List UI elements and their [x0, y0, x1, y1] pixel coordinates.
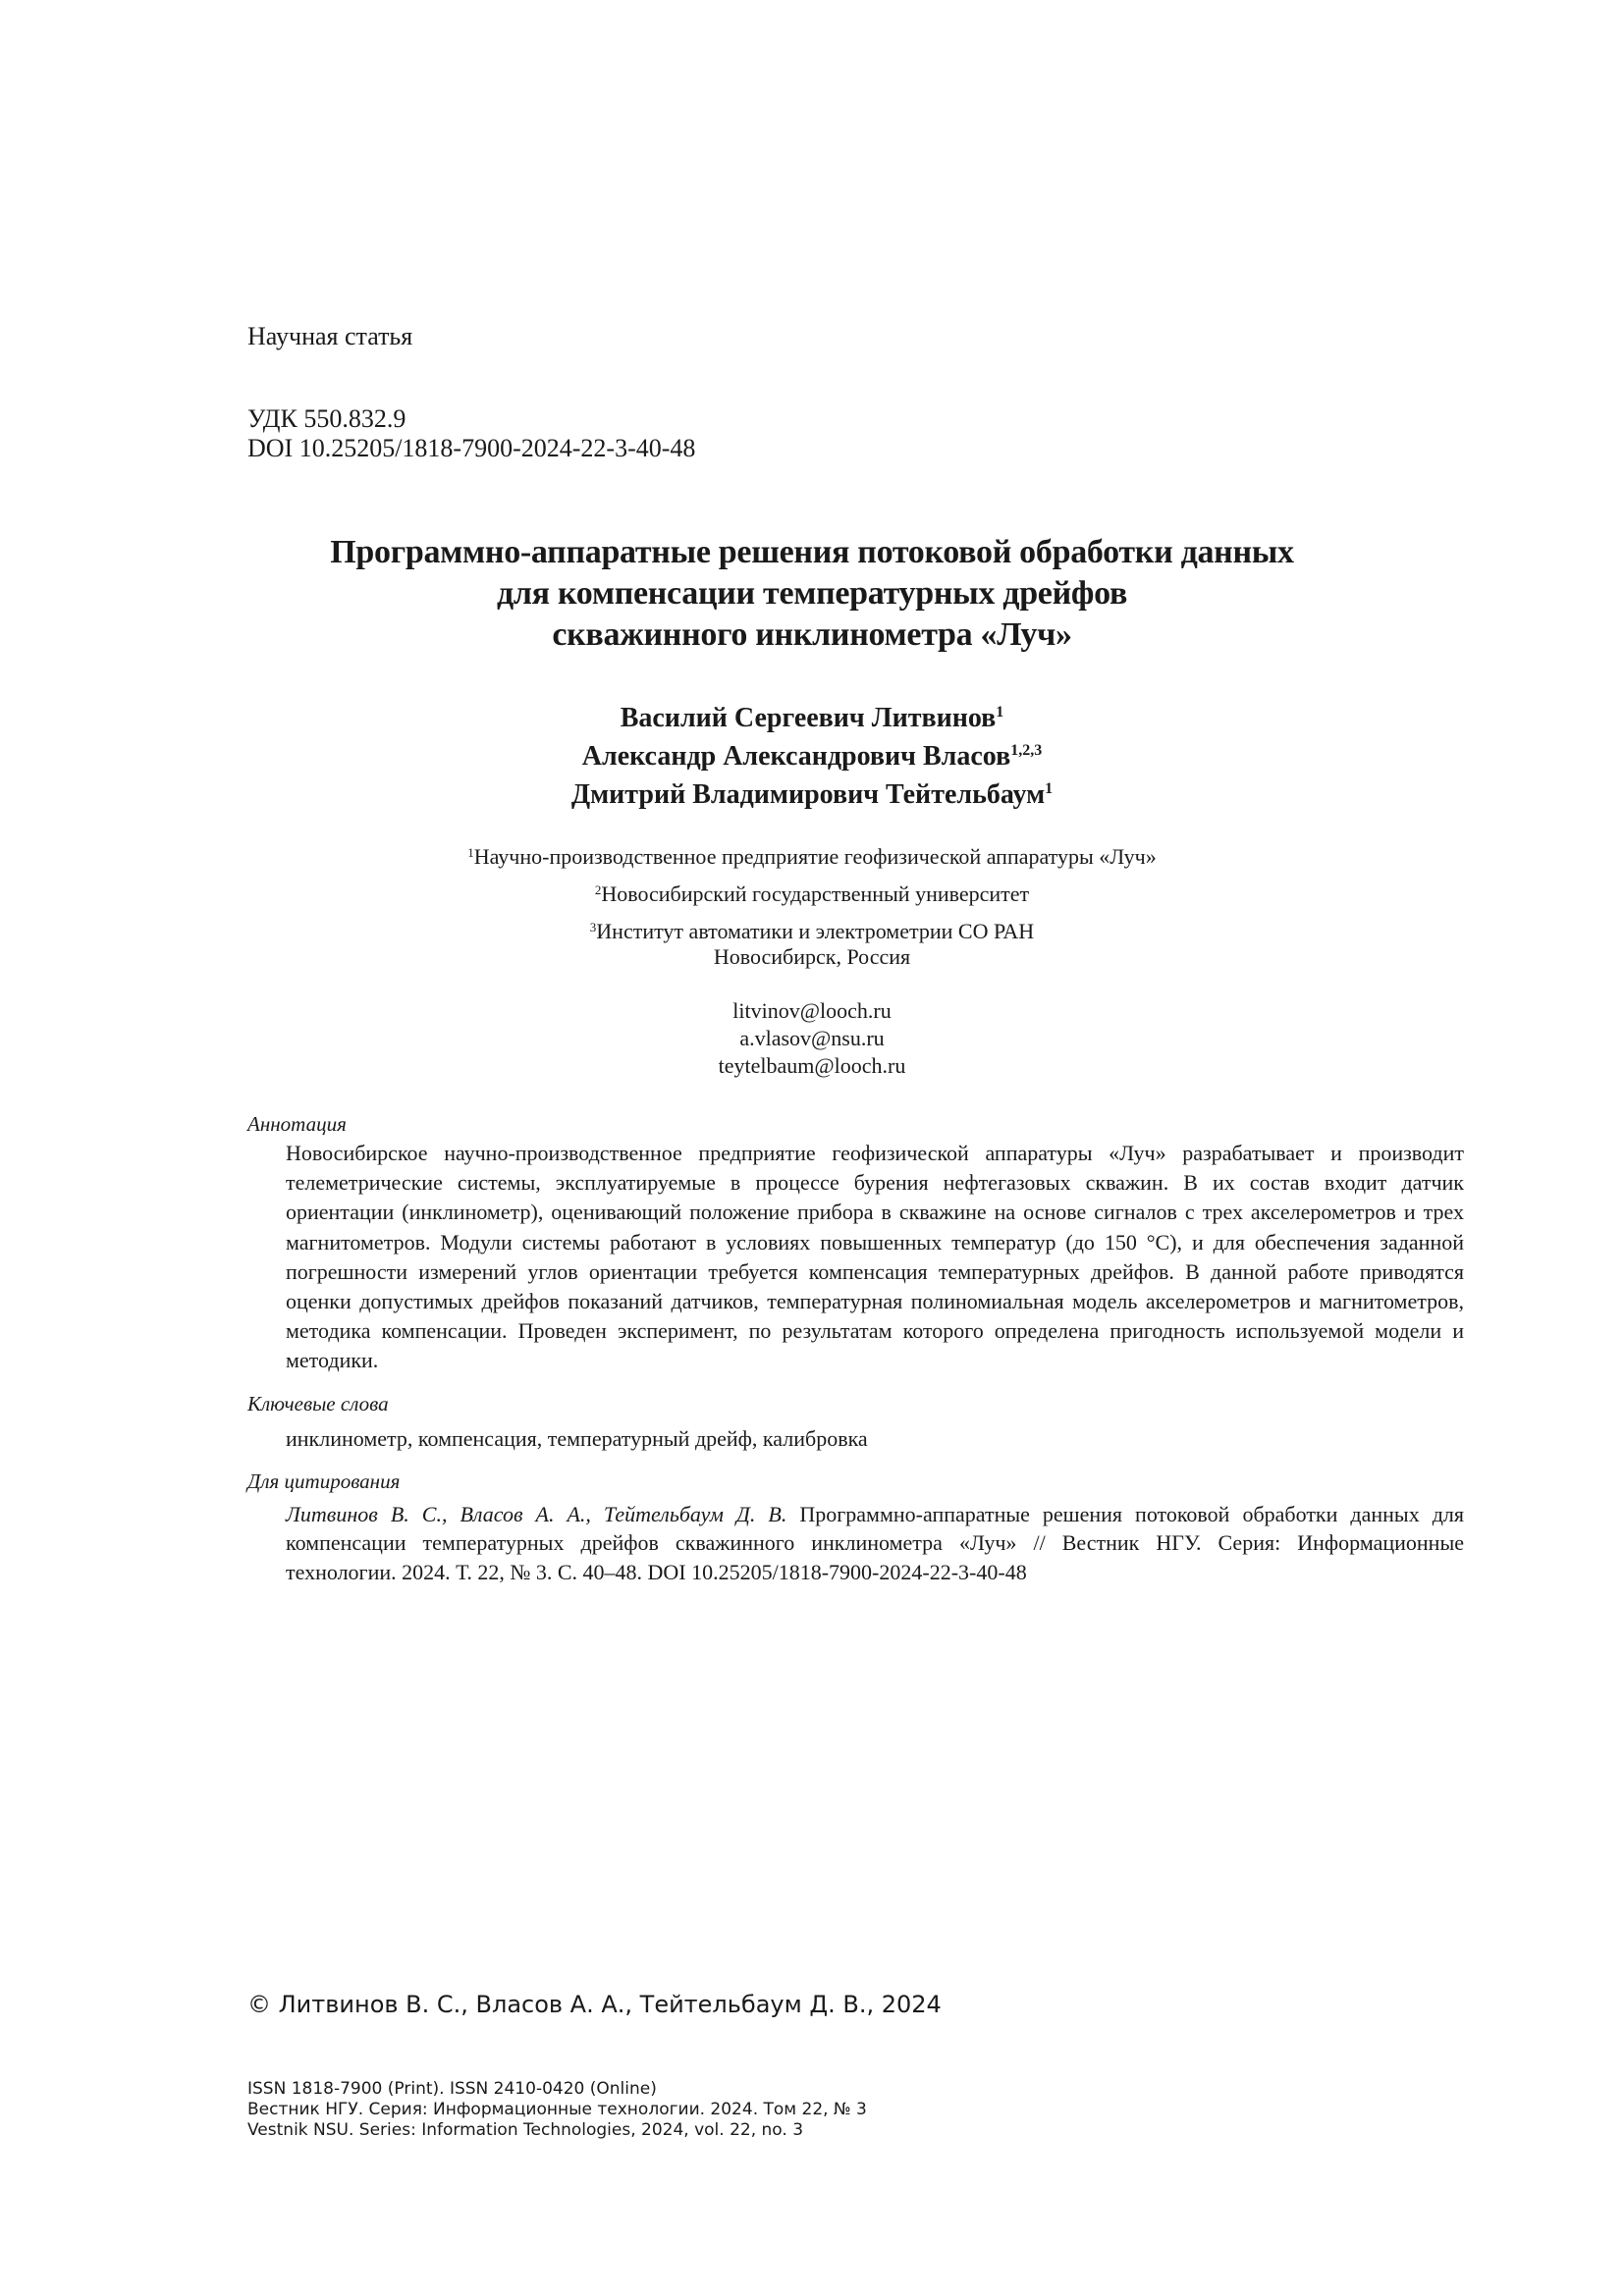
citation-label: Для цитирования: [247, 1469, 400, 1494]
email-link[interactable]: litvinov@looch.ru: [196, 997, 1428, 1025]
author-affiliation-marks: 1,2,3: [1010, 742, 1042, 759]
location: Новосибирск, Россия: [196, 944, 1428, 970]
emails: litvinov@looch.ru a.vlasov@nsu.ru teytel…: [196, 997, 1428, 1080]
abstract-text: Новосибирское научно-производственное пр…: [286, 1139, 1464, 1376]
udc-code: УДК 550.832.9: [247, 404, 406, 434]
journal-info-ru: Вестник НГУ. Серия: Информационные техно…: [247, 2100, 867, 2120]
title-line: Программно-аппаратные решения потоковой …: [196, 532, 1428, 573]
title-line: скважинного инклинометра «Луч»: [196, 614, 1428, 656]
author: Дмитрий Владимирович Тейтельбаум1: [196, 775, 1428, 814]
affiliation: 2Новосибирский государственный университ…: [196, 881, 1428, 907]
journal-info-en: Vestnik NSU. Series: Information Technol…: [247, 2120, 867, 2141]
author: Василий Сергеевич Литвинов1: [196, 699, 1428, 737]
author-affiliation-marks: 1: [1045, 780, 1053, 797]
author: Александр Александрович Власов1,2,3: [196, 737, 1428, 775]
email-link[interactable]: teytelbaum@looch.ru: [196, 1052, 1428, 1080]
abstract-label: Аннотация: [247, 1112, 347, 1137]
journal-footer: ISSN 1818-7900 (Print). ISSN 2410-0420 (…: [247, 2079, 867, 2141]
article-type: Научная статья: [247, 322, 412, 351]
article-title: Программно-аппаратные решения потоковой …: [196, 532, 1428, 656]
email-link[interactable]: a.vlasov@nsu.ru: [196, 1025, 1428, 1052]
title-line: для компенсации температурных дрейфов: [196, 573, 1428, 614]
author-name: Дмитрий Владимирович Тейтельбаум: [571, 779, 1045, 810]
affiliation: 3Институт автоматики и электрометрии СО …: [196, 919, 1428, 944]
author-name: Василий Сергеевич Литвинов: [621, 703, 997, 733]
affiliation-text: Новосибирский государственный университе…: [601, 881, 1029, 906]
author-affiliation-marks: 1: [996, 704, 1003, 721]
keywords-text: инклинометр, компенсация, температурный …: [286, 1424, 1464, 1454]
citation-authors: Литвинов В. С., Власов А. А., Тейтельбау…: [286, 1502, 786, 1526]
affiliation-text: Институт автоматики и электрометрии СО Р…: [596, 919, 1034, 943]
author-name: Александр Александрович Власов: [582, 741, 1010, 772]
affiliation-text: Научно-производственное предприятие геоф…: [474, 844, 1157, 869]
issn: ISSN 1818-7900 (Print). ISSN 2410-0420 (…: [247, 2079, 867, 2100]
affiliation: 1Научно-производственное предприятие гео…: [196, 844, 1428, 870]
authors-list: Василий Сергеевич Литвинов1 Александр Ал…: [196, 699, 1428, 814]
doi[interactable]: DOI 10.25205/1818-7900-2024-22-3-40-48: [247, 434, 695, 463]
affiliations: 1Научно-производственное предприятие гео…: [196, 844, 1428, 982]
copyright: © Литвинов В. С., Власов А. А., Тейтельб…: [247, 1991, 942, 2018]
keywords-label: Ключевые слова: [247, 1392, 389, 1416]
citation-text: Литвинов В. С., Власов А. А., Тейтельбау…: [286, 1500, 1464, 1586]
